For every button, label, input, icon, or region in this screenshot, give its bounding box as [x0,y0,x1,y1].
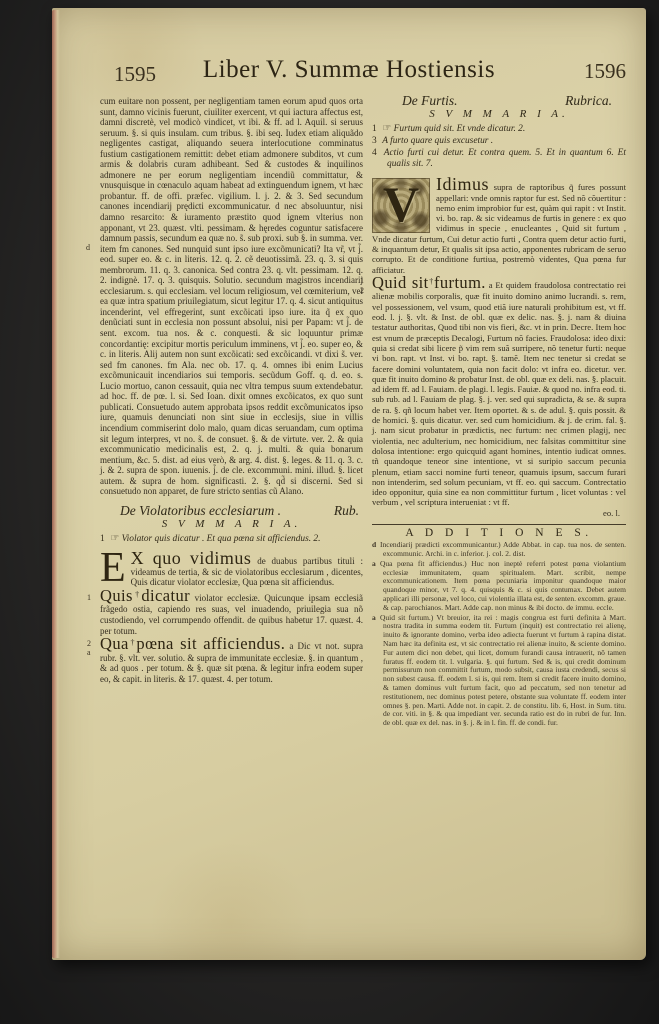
folio-right: 1596 [584,59,626,84]
additiones-item-letter: a [372,560,380,569]
furtis-rubric: De Furtis. [402,96,458,106]
summaria-item-text: Violator quis dicatur . Et qua pœna sit … [122,534,321,544]
additiones-heading: A D D I T I O N E S. [372,528,626,538]
summaria-item-number: 1 [372,124,380,135]
furtis-rubric-line: De Furtis. Rubrica. [372,96,626,106]
left-column: d cum euitare non possent, per negligent… [100,96,363,684]
paragraph-tail: eo. l. [372,508,626,518]
run-in-heading: Quid sit [372,273,429,292]
page-header: 1595 Liber V. Summæ Hostiensis 1596 [52,54,646,96]
additiones-item-letter: d [372,541,380,550]
summaria-item-text: Actio furti cui detur. Et contra quem. 5… [384,148,626,169]
summaria-title: S V M M A R I A. [100,519,363,530]
run-in-heading-2: furtum. [434,273,486,292]
drop-cap-e: E [100,551,126,585]
folio-left: 1595 [114,62,156,87]
book-photo: 1595 Liber V. Summæ Hostiensis 1596 d cu… [0,0,659,1024]
run-in-heading: Qua [100,634,129,653]
rubrica-label: Rubrica. [565,96,612,106]
manicule-icon: ☞ [382,123,391,134]
additiones-item: aQuid sit furtum.) Vt breuior, ita rei :… [372,614,626,728]
left-body-text: cum euitare non possent, per negligentia… [100,96,363,497]
additiones-divider [372,524,626,525]
right-column: De Furtis. Rubrica. S V M M A R I A. 1 ☞… [372,96,626,729]
section-rubric-abbr: Rub. [334,506,359,517]
vidimus-paragraph: VIdimus supra de raptoribus q̃ fures pos… [372,175,626,275]
margin-number: 1 [87,593,91,604]
paragraph-text: a Et quidem fraudolosa contrectatio rei … [372,280,626,507]
manicule-icon: ☞ [110,533,119,544]
additiones-item-text: Incendiarij prædicti excommunicantur.) A… [380,540,626,558]
section-rubric-line: De Violatoribus ecclesiarum . Rub. [100,506,363,517]
additiones-item: dIncendiarij prædicti excommunicantur.) … [372,541,626,559]
additiones-item: aQua pœna fit afficiendus.) Huc non inep… [372,560,626,613]
section-rubric: De Violatoribus ecclesiarum . [120,506,281,517]
qua-poena-paragraph: 2 a Qua†pœna sit afficiendus. a Dic vt n… [100,636,363,684]
summaria-item: 1 ☞ Violator quis dicatur . Et qua pœna … [100,533,363,545]
summaria-item-number: 1 [100,534,108,545]
summaria-title: S V M M A R I A. [372,109,626,119]
additiones-item-text: Quid sit furtum.) Vt breuior, ita rei : … [380,613,626,728]
quid-sit-furtum-paragraph: 1 2 Quid sit†furtum. a Et quidem fraudol… [372,275,626,508]
incipit-big-text: Idimus [436,174,489,194]
summaria-item-text: Furtum quid sit. Et vnde dicatur. 2. [394,124,526,134]
book-page: 1595 Liber V. Summæ Hostiensis 1596 d cu… [52,8,646,960]
summaria-item-number: 4 [372,148,380,159]
summaria-item-text: A furto quare quis excusetur . [382,136,493,146]
summaria-item-number: 3 [372,136,380,147]
drop-cap-v: V [373,177,429,232]
run-in-heading: Quis [100,586,133,605]
summaria-item: 3 A furto quare quis excusetur . [372,136,626,147]
quis-dicatur-paragraph: 1 Quis†dicatur violator ecclesiæ. Quicun… [100,588,363,636]
incipit-big-text: X quo vidimus [131,548,252,568]
margin-number: 2 [360,286,364,296]
summaria-item: 1 ☞ Furtum quid sit. Et vnde dicatur. 2. [372,123,626,135]
margin-letter-a: a [87,648,91,659]
violatoribus-paragraph: EX quo vidimus de duabus partibus tituli… [100,549,363,588]
drop-cap-v-ornament: V [372,178,430,233]
additiones-item-letter: a [372,614,380,623]
summaria-item: 4 Actio furti cui detur. Et contra quem.… [372,148,626,170]
margin-letter-d: d [86,243,90,254]
run-in-heading-2: dicatur [141,586,190,605]
additiones-item-text: Qua pœna fit afficiendus.) Huc non inept… [380,559,626,612]
margin-number: 1 [360,276,364,286]
page-edge [52,10,60,958]
paragraph-text: violator ecclesiæ. Quicunque ipsam eccle… [100,593,363,636]
run-in-heading-2: pœna sit afficiendus. [136,634,285,653]
